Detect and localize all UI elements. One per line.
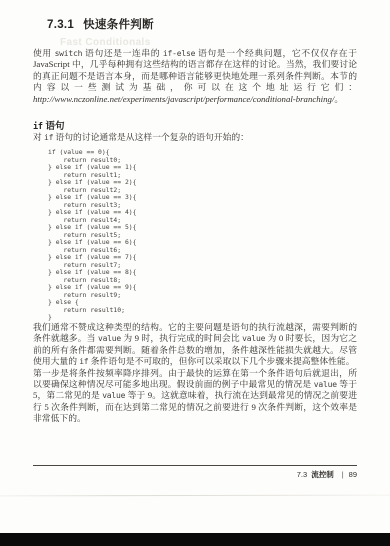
analysis-paragraph: 我们通常不赞成这种类型的结构。它的主要问题是语句的执行流越深，需要判断的条件就越… — [33, 322, 357, 368]
scan-page-edge-line — [0, 495, 390, 497]
book-page: 7.3.1快速条件判断 Fast Conditionals 使用 switch … — [0, 0, 390, 546]
intro-paragraph: 使用 switch 语句还是一连串的 if-else 语句是一个经典问题，它不仅… — [33, 48, 357, 105]
code-lead-in-paragraph: 对 if 语句的讨论通常是从这样一个复杂的语句开始的： — [33, 132, 357, 143]
section-heading: 7.3.1快速条件判断 — [47, 19, 357, 32]
footer-section-ref: 7.3 — [297, 470, 307, 479]
optimization-paragraph: 第一步是将条件按频率降序排列。由于最快的运算在第一个条件语句后就退出，所以要确保… — [33, 368, 357, 425]
footer-chapter-name: 流控制 — [311, 470, 334, 479]
footer-text: 7.3流控制|89 — [33, 469, 357, 480]
page-footer: 7.3流控制|89 — [33, 465, 357, 480]
scan-black-bar — [0, 533, 390, 546]
footer-page-number: 89 — [349, 470, 357, 479]
footer-separator: | — [342, 470, 344, 479]
section-subtitle-english: Fast Conditionals — [60, 37, 357, 48]
page-content: 7.3.1快速条件判断 Fast Conditionals 使用 switch … — [0, 0, 390, 425]
subsection-heading-if-statement: if 语句 — [33, 118, 357, 132]
if-else-code-listing: if (value == 0){ return result0; } else … — [48, 149, 357, 322]
footer-rule — [33, 465, 357, 466]
section-number: 7.3.1 — [47, 19, 74, 31]
section-title: 快速条件判断 — [83, 19, 154, 31]
